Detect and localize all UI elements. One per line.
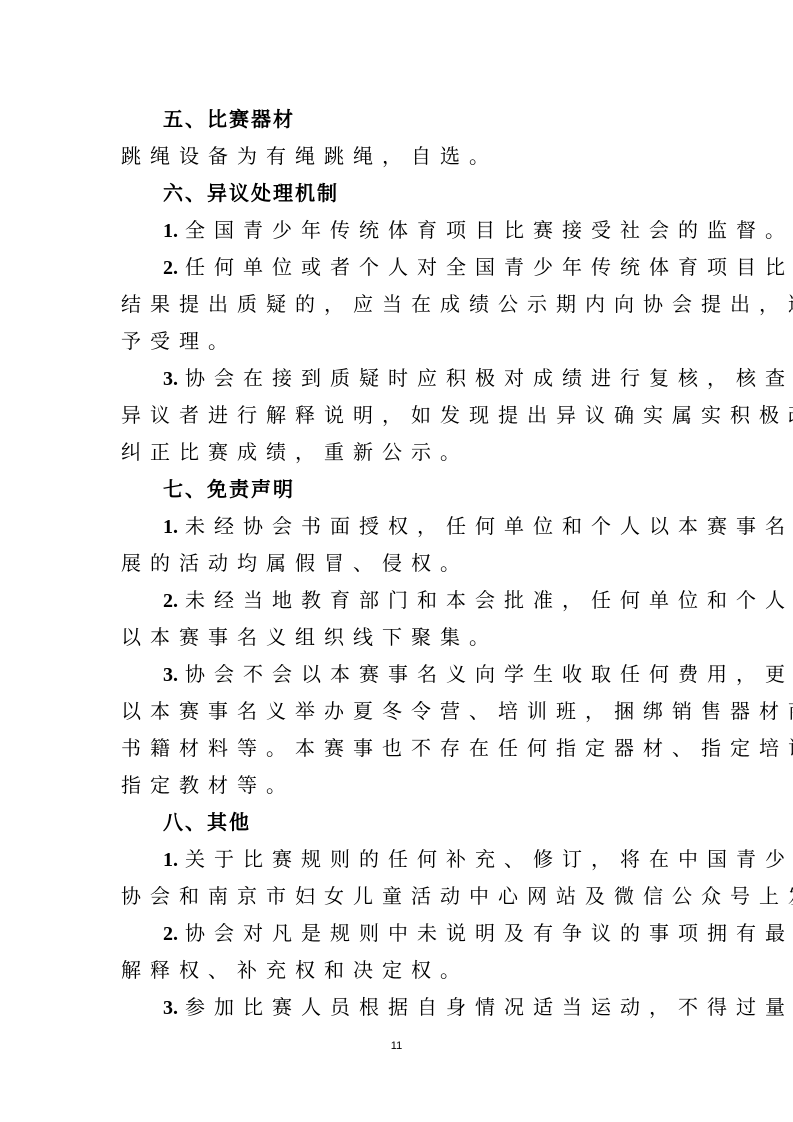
item-number: 3. [163, 997, 178, 1019]
item-text: 协会不会以本赛事名义向学生收取任何费用，更不会 [185, 662, 793, 686]
list-item: 1.未经协会书面授权，任何单位和个人以本赛事名义开 [121, 508, 673, 545]
item-text: 协会对凡是规则中未说明及有争议的事项拥有最后 [185, 921, 793, 945]
item-text: 参加比赛人员根据自身情况适当运动，不得过量运动， [185, 995, 793, 1019]
item-number: 1. [163, 516, 178, 538]
list-item: 2.未经当地教育部门和本会批准，任何单位和个人不得 [121, 582, 673, 619]
page-number: 11 [0, 1040, 793, 1052]
item-text: 任何单位或者个人对全国青少年传统体育项目比赛 [185, 255, 793, 279]
paragraph-line: 纠正比赛成绩，重新公示。 [121, 434, 673, 471]
item-text: 全国青少年传统体育项目比赛接受社会的监督。 [185, 218, 793, 242]
item-number: 1. [163, 849, 178, 871]
item-text: 协会在接到质疑时应积极对成绩进行复核，核查后对 [185, 366, 793, 390]
item-number: 3. [163, 664, 178, 686]
section-heading-equipment: 五、比赛器材 [121, 101, 673, 138]
paragraph-line: 指定教材等。 [121, 767, 673, 804]
document-page: 五、比赛器材 跳绳设备为有绳跳绳，自选。 六、异议处理机制 1.全国青少年传统体… [0, 0, 793, 1122]
item-number: 3. [163, 368, 178, 390]
section-heading-disclaimer: 七、免责声明 [121, 471, 673, 508]
list-item: 3.协会不会以本赛事名义向学生收取任何费用，更不会 [121, 656, 673, 693]
paragraph-line: 予受理。 [121, 323, 673, 360]
item-text: 关于比赛规则的任何补充、修订，将在中国青少年宫 [185, 847, 793, 871]
paragraph-line: 结果提出质疑的，应当在成绩公示期内向协会提出，逾期不 [121, 286, 673, 323]
list-item: 1.关于比赛规则的任何补充、修订，将在中国青少年宫 [121, 841, 673, 878]
paragraph-line: 异议者进行解释说明，如发现提出异议确实属实积极改正并 [121, 397, 673, 434]
paragraph-line: 协会和南京市妇女儿童活动中心网站及微信公众号上发布。 [121, 878, 673, 915]
item-number: 2. [163, 923, 178, 945]
list-item: 3.参加比赛人员根据自身情况适当运动，不得过量运动， [121, 989, 673, 1026]
paragraph-line: 以本赛事名义组织线下聚集。 [121, 619, 673, 656]
paragraph-line: 书籍材料等。本赛事也不存在任何指定器材、指定培训机构、 [121, 730, 673, 767]
section-heading-other: 八、其他 [121, 804, 673, 841]
item-number: 2. [163, 257, 178, 279]
section-heading-objection: 六、异议处理机制 [121, 175, 673, 212]
paragraph-line: 展的活动均属假冒、侵权。 [121, 545, 673, 582]
document-body: 五、比赛器材 跳绳设备为有绳跳绳，自选。 六、异议处理机制 1.全国青少年传统体… [121, 101, 673, 1026]
item-text: 未经协会书面授权，任何单位和个人以本赛事名义开 [185, 514, 793, 538]
list-item: 1.全国青少年传统体育项目比赛接受社会的监督。 [121, 212, 673, 249]
list-item: 3.协会在接到质疑时应积极对成绩进行复核，核查后对 [121, 360, 673, 397]
list-item: 2.协会对凡是规则中未说明及有争议的事项拥有最后 [121, 915, 673, 952]
paragraph-line: 解释权、补充权和决定权。 [121, 952, 673, 989]
paragraph-line: 以本赛事名义举办夏冬令营、培训班，捆绑销售器材商品、 [121, 693, 673, 730]
paragraph-line: 跳绳设备为有绳跳绳，自选。 [121, 138, 673, 175]
item-number: 1. [163, 220, 178, 242]
item-number: 2. [163, 590, 178, 612]
list-item: 2.任何单位或者个人对全国青少年传统体育项目比赛 [121, 249, 673, 286]
item-text: 未经当地教育部门和本会批准，任何单位和个人不得 [185, 588, 793, 612]
